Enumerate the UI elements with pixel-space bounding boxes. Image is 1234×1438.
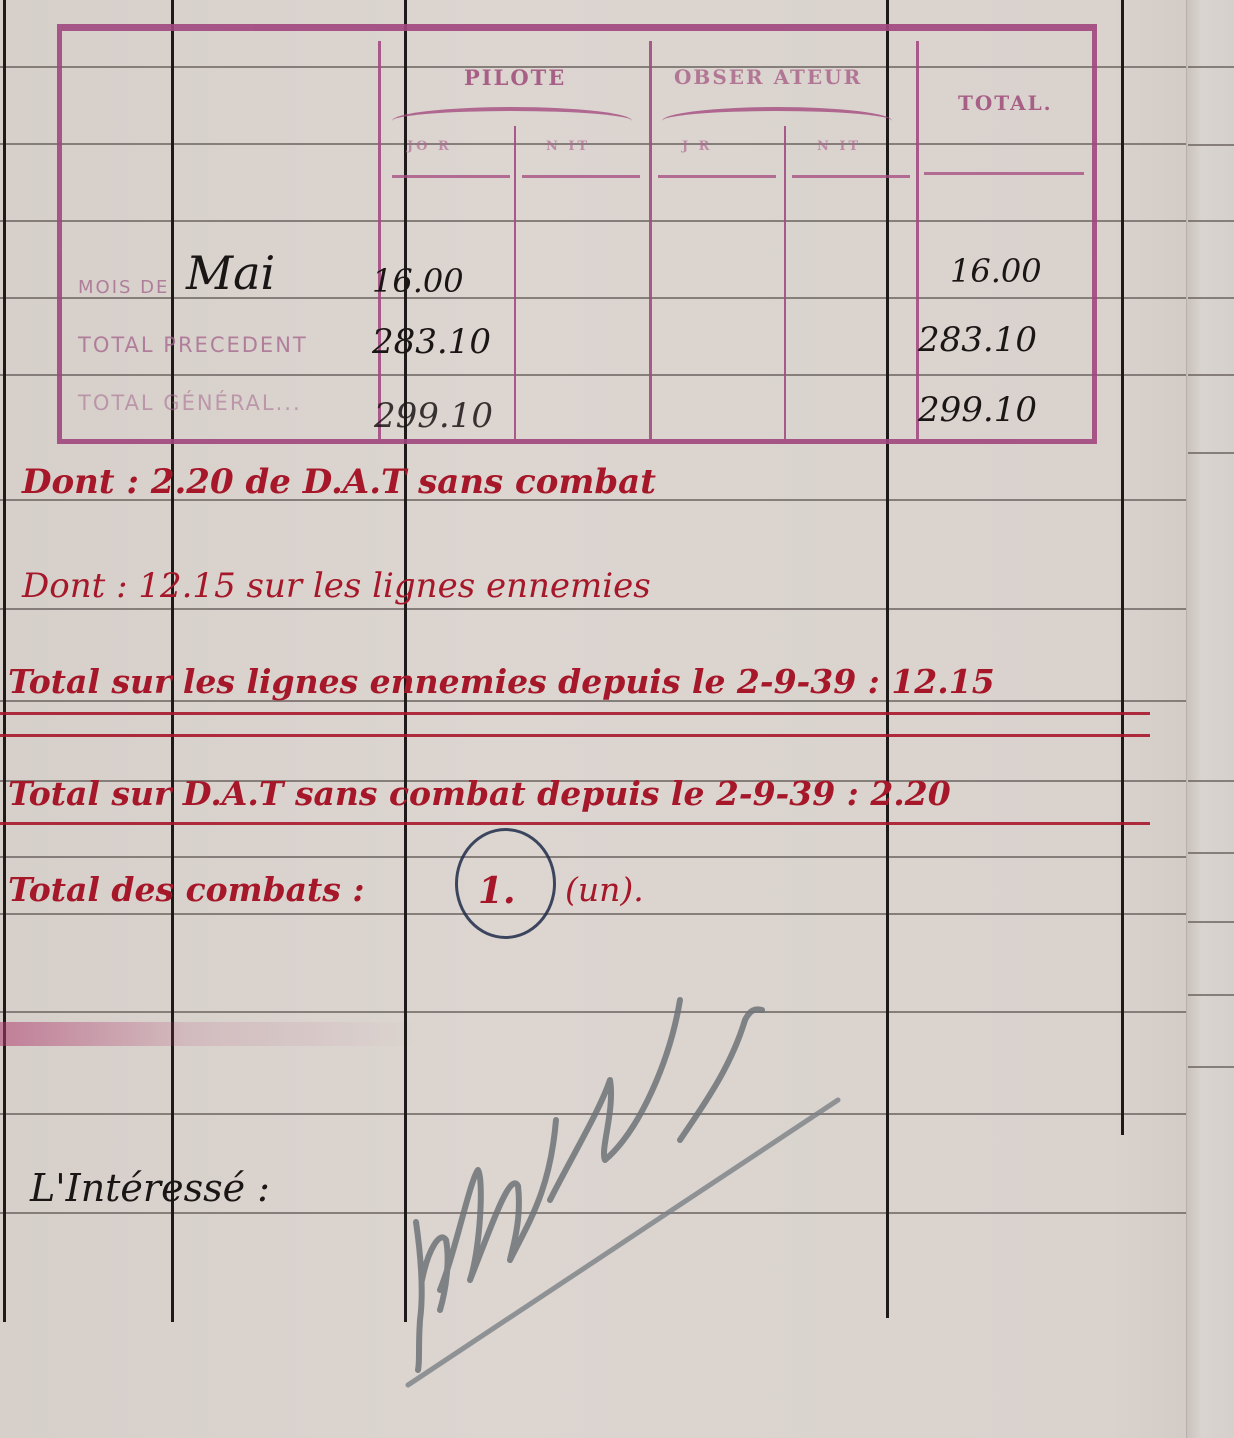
ruled-line <box>0 608 1186 610</box>
note-total-lignes-ennemies: Total sur les lignes ennemies depuis le … <box>8 662 995 701</box>
header-total: TOTAL. <box>958 91 1053 115</box>
header-brace <box>392 107 632 121</box>
double-underline <box>0 734 1150 737</box>
row-label-mois: MOIS DE <box>78 277 169 298</box>
ink-smear <box>0 1022 420 1046</box>
flight-hours-stamp: PILOTE OBSER ATEUR TOTAL. JO R N IT J R … <box>57 24 1097 444</box>
underline <box>0 822 1150 825</box>
ruled-line <box>1188 220 1234 222</box>
row-label-total-precedent: TOTAL PRECEDENT <box>78 333 308 357</box>
ruled-line <box>1188 994 1234 996</box>
total-combats-words: (un). <box>565 870 644 909</box>
header-rule <box>392 175 510 178</box>
stamp-divider <box>916 41 919 439</box>
double-underline <box>0 712 1150 715</box>
header-observateur-jour: J R <box>682 139 712 154</box>
column-rule <box>1121 0 1124 1135</box>
stamp-divider <box>378 41 381 439</box>
total-general: 299.10 <box>918 390 1037 430</box>
ruled-line <box>0 856 1186 858</box>
header-rule <box>522 175 640 178</box>
row-label-total-general: TOTAL GÉNÉRAL... <box>78 391 302 415</box>
header-rule <box>792 175 910 178</box>
signature-mark <box>400 990 860 1400</box>
header-rule <box>658 175 776 178</box>
header-rule <box>924 172 1084 175</box>
header-pilote-nuit: N IT <box>546 139 590 154</box>
ruled-line <box>0 913 1186 915</box>
pilote-jour-mois: 16.00 <box>372 262 464 300</box>
ruled-line <box>1188 374 1234 376</box>
ruled-line <box>1188 66 1234 68</box>
header-observateur: OBSER ATEUR <box>674 65 862 89</box>
header-observateur-nuit: N IT <box>817 139 861 154</box>
note-lignes-ennemies: Dont : 12.15 sur les lignes ennemies <box>22 566 651 606</box>
header-pilote-jour: JO R <box>407 139 452 154</box>
signature-label: L'Intéressé : <box>30 1166 270 1210</box>
total-precedent: 283.10 <box>918 320 1037 360</box>
total-mois: 16.00 <box>950 252 1042 290</box>
stamp-divider <box>514 126 516 439</box>
pilote-jour-precedent: 283.10 <box>372 322 491 362</box>
ruled-line <box>1188 921 1234 923</box>
ruled-line <box>1188 452 1234 454</box>
header-brace <box>662 107 892 121</box>
note-total-combats-label: Total des combats : <box>8 870 365 909</box>
page-fold-edge <box>1186 0 1234 1438</box>
header-pilote: PILOTE <box>464 65 566 90</box>
ruled-line <box>1188 1066 1234 1068</box>
ruled-line <box>1188 852 1234 854</box>
total-combats-value: 1. <box>478 870 516 912</box>
stamp-divider <box>649 41 652 439</box>
stamp-divider <box>784 126 786 439</box>
ruled-line <box>1188 780 1234 782</box>
ruled-line <box>1188 144 1234 146</box>
pilote-jour-general: 299.10 <box>374 396 493 436</box>
note-dat-sans-combat: Dont : 2.20 de D.A.T sans combat <box>22 462 656 502</box>
note-total-dat: Total sur D.A.T sans combat depuis le 2-… <box>8 774 951 813</box>
ruled-line <box>1188 297 1234 299</box>
month-value: Mai <box>186 246 275 300</box>
column-rule <box>3 0 6 1322</box>
